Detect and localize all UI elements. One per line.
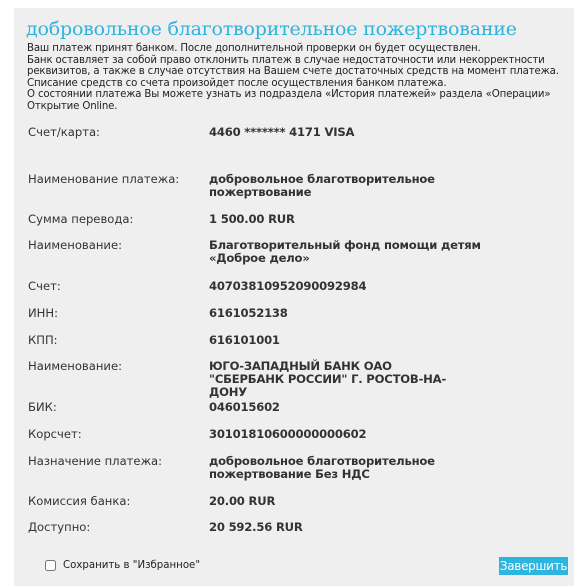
- finish-button[interactable]: Завершить: [499, 557, 568, 575]
- detail-value: Благотворительный фонд помощи детям «Доб…: [209, 239, 499, 265]
- detail-value: 6161052138: [209, 307, 509, 320]
- save-favorite-checkbox[interactable]: [45, 560, 56, 571]
- notice-line: реквизитов, а также в случае отсутствия …: [27, 66, 567, 78]
- detail-label: Сумма перевода:: [28, 213, 133, 226]
- detail-value: 20.00 RUR: [209, 495, 509, 508]
- detail-value: 30101810600000000602: [209, 428, 509, 441]
- detail-label: БИК:: [28, 401, 57, 414]
- detail-label: Назначение платежа:: [28, 455, 162, 468]
- notice-line: Ваш платеж принят банком. После дополнит…: [27, 43, 567, 55]
- save-favorite-label: Сохранить в "Избранное": [63, 560, 200, 571]
- detail-label: Доступно:: [28, 521, 90, 534]
- detail-label: КПП:: [28, 334, 58, 347]
- detail-label: Наименование платежа:: [28, 173, 179, 186]
- detail-value: 616101001: [209, 334, 509, 347]
- detail-value: 046015602: [209, 401, 509, 414]
- save-favorite-option[interactable]: Сохранить в "Избранное": [45, 560, 200, 571]
- notice-line: Банк оставляет за собой право отклонить …: [27, 55, 567, 67]
- detail-label: Комиссия банка:: [28, 495, 130, 508]
- payment-confirmation-panel: добровольное благотворительное пожертвов…: [14, 8, 574, 586]
- detail-label: Наименование:: [28, 360, 122, 373]
- detail-value: 20 592.56 RUR: [209, 521, 509, 534]
- detail-label: ИНН:: [28, 307, 58, 320]
- page-title: добровольное благотворительное пожертвов…: [26, 18, 517, 40]
- detail-value: добровольное благотворительное пожертвов…: [209, 455, 459, 481]
- notice-line: О состоянии платежа Вы можете узнать из …: [27, 89, 567, 101]
- notice-line: Открытие Online.: [27, 101, 567, 113]
- detail-label: Счет/карта:: [28, 126, 100, 139]
- detail-value: ЮГО-ЗАПАДНЫЙ БАНК ОАО "СБЕРБАНК РОССИИ" …: [209, 360, 469, 399]
- detail-label: Корсчет:: [28, 428, 82, 441]
- detail-value: 1 500.00 RUR: [209, 213, 509, 226]
- detail-label: Счет:: [28, 280, 61, 293]
- payment-notice: Ваш платеж принят банком. После дополнит…: [27, 43, 567, 113]
- detail-value: добровольное благотворительное пожертвов…: [209, 173, 459, 199]
- detail-label: Наименование:: [28, 239, 122, 252]
- detail-value: 4460 ******* 4171 VISA: [209, 126, 509, 139]
- detail-value: 40703810952090092984: [209, 280, 509, 293]
- notice-line: Списание средств со счета произойдет пос…: [27, 78, 567, 90]
